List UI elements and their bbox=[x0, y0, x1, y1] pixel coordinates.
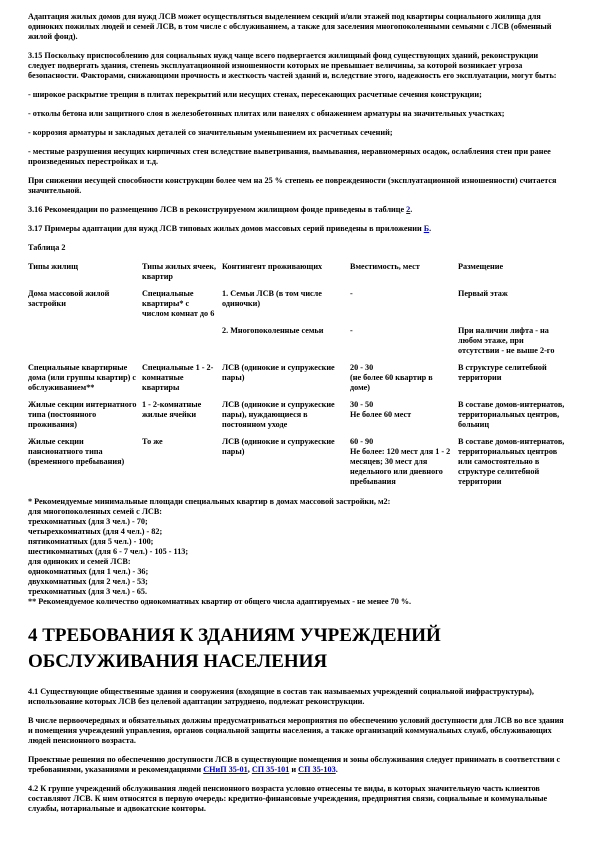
table-cell: ЛСВ (одинокие и супружеские пары) bbox=[222, 437, 346, 487]
table-cell: Дома массовой жилой застройки bbox=[28, 289, 138, 319]
paragraph-3-16-end: . bbox=[410, 205, 412, 214]
link-sp-35-103[interactable]: СП 35-103 bbox=[298, 765, 336, 774]
table-cell: - bbox=[350, 289, 454, 319]
footnote-line: пятикомнатных (для 5 чел.) - 100; bbox=[28, 537, 567, 547]
table-cell: При наличии лифта - на любом этаже, при … bbox=[458, 326, 567, 356]
bullet-item-walls: - местные разрушения несущих кирпичных с… bbox=[28, 147, 567, 167]
housing-table: Типы жилищ Типы жилых ячеек, квартир Кон… bbox=[28, 262, 567, 487]
table-cell: 1 - 2-комнатные жилые ячейки bbox=[142, 400, 218, 430]
paragraph-load-capacity: При снижении несущей способности констру… bbox=[28, 176, 567, 196]
bullet-item-concrete: - отколы бетона или защитного слоя в жел… bbox=[28, 109, 567, 119]
table-header-capacity: Вместимость, мест bbox=[350, 262, 454, 282]
footnote-line: шестикомнатных (для 6 - 7 чел.) - 105 - … bbox=[28, 547, 567, 557]
footnote-line: * Рекомендуемые минимальные площади спец… bbox=[28, 497, 567, 507]
footnote-line: трехкомнатных (для 3 чел.) - 70; bbox=[28, 517, 567, 527]
footnote-line: четырехкомнатных (для 4 чел.) - 82; bbox=[28, 527, 567, 537]
paragraph-4-2: 4.2 К группе учреждений обслуживания люд… bbox=[28, 784, 567, 814]
footnote-line: трехкомнатных (для 3 чел.) - 65. bbox=[28, 587, 567, 597]
paragraph-3-16-text: 3.16 Рекомендации по размещению ЛСВ в ре… bbox=[28, 205, 406, 214]
paragraph-3-15: 3.15 Поскольку приспособлению для социал… bbox=[28, 51, 567, 81]
table-cell: 20 - 30 (не более 60 квартир в доме) bbox=[350, 363, 454, 393]
paragraph-3-17-text: 3.17 Примеры адаптации для нужд ЛСВ типо… bbox=[28, 224, 424, 233]
table-cell: 2. Многопоколенные семьи bbox=[222, 326, 346, 356]
link-sp-35-101[interactable]: СП 35-101 bbox=[252, 765, 290, 774]
table-cell: ЛСВ (одинокие и супружеские пары), нужда… bbox=[222, 400, 346, 430]
table-cell: Специальные квартирные дома (или группы … bbox=[28, 363, 138, 393]
paragraph-design-end: . bbox=[336, 765, 338, 774]
table-cell: То же bbox=[142, 437, 218, 487]
table-cell: В составе домов-интернатов, территориаль… bbox=[458, 437, 567, 487]
table-cell bbox=[28, 326, 138, 356]
bullet-item-corrosion: - коррозия арматуры и закладных деталей … bbox=[28, 128, 567, 138]
table-header-placement: Размещение bbox=[458, 262, 567, 282]
table-header-types: Типы жилищ bbox=[28, 262, 138, 282]
document-page: Адаптация жилых домов для нужд ЛСВ может… bbox=[0, 0, 595, 842]
table-header-units: Типы жилых ячеек, квартир bbox=[142, 262, 218, 282]
table-cell: Первый этаж bbox=[458, 289, 567, 319]
table-header-contingent: Контингент проживающих bbox=[222, 262, 346, 282]
table-cell: 30 - 50 Не более 60 мест bbox=[350, 400, 454, 430]
table-cell: - bbox=[350, 326, 454, 356]
bullet-item-cracks: - широкое раскрытие трещин в плитах пере… bbox=[28, 90, 567, 100]
table-caption: Таблица 2 bbox=[28, 243, 567, 253]
intro-paragraph: Адаптация жилых домов для нужд ЛСВ может… bbox=[28, 12, 567, 42]
footnote-line: однокомнатных (для 1 чел.) - 36; bbox=[28, 567, 567, 577]
footnote-line: для многопоколенных семей с ЛСВ: bbox=[28, 507, 567, 517]
link-snip-35-01[interactable]: СНиП 35-01 bbox=[203, 765, 248, 774]
table-cell: Специальные квартиры* с числом комнат до… bbox=[142, 289, 218, 319]
paragraph-3-17-end: . bbox=[429, 224, 431, 233]
footnote-line: ** Рекомендуемое количество однокомнатны… bbox=[28, 597, 567, 607]
footnotes-block: * Рекомендуемые минимальные площади спец… bbox=[28, 497, 567, 607]
table-cell: В составе домов-интернатов, территориаль… bbox=[458, 400, 567, 430]
paragraph-design-solutions: Проектные решения по обеспечению доступн… bbox=[28, 755, 567, 775]
table-cell: Жилые секции интернатного типа (постоянн… bbox=[28, 400, 138, 430]
table-cell: В структуре селитебной территории bbox=[458, 363, 567, 393]
footnote-line: для одиноких и семей ЛСВ: bbox=[28, 557, 567, 567]
paragraph-3-16: 3.16 Рекомендации по размещению ЛСВ в ре… bbox=[28, 205, 567, 215]
table-cell bbox=[142, 326, 218, 356]
design-separator-2: и bbox=[289, 765, 298, 774]
table-cell: Специальные 1 - 2-комнатные квартиры bbox=[142, 363, 218, 393]
paragraph-3-17: 3.17 Примеры адаптации для нужд ЛСВ типо… bbox=[28, 224, 567, 234]
paragraph-4-1: 4.1 Существующие общественные здания и с… bbox=[28, 687, 567, 707]
footnote-line: двухкомнатных (для 2 чел.) - 53; bbox=[28, 577, 567, 587]
section-4-heading: 4 ТРЕБОВАНИЯ К ЗДАНИЯМ УЧРЕЖДЕНИЙ ОБСЛУЖ… bbox=[28, 623, 498, 675]
paragraph-accessibility: В числе первоочередных и обязательных до… bbox=[28, 716, 567, 746]
table-cell: Жилые секции пансионатного типа (временн… bbox=[28, 437, 138, 487]
table-cell: ЛСВ (одинокие и супружеские пары) bbox=[222, 363, 346, 393]
table-cell: 60 - 90 Не более: 120 мест для 1 - 2 мес… bbox=[350, 437, 454, 487]
table-cell: 1. Семьи ЛСВ (в том числе одиночки) bbox=[222, 289, 346, 319]
